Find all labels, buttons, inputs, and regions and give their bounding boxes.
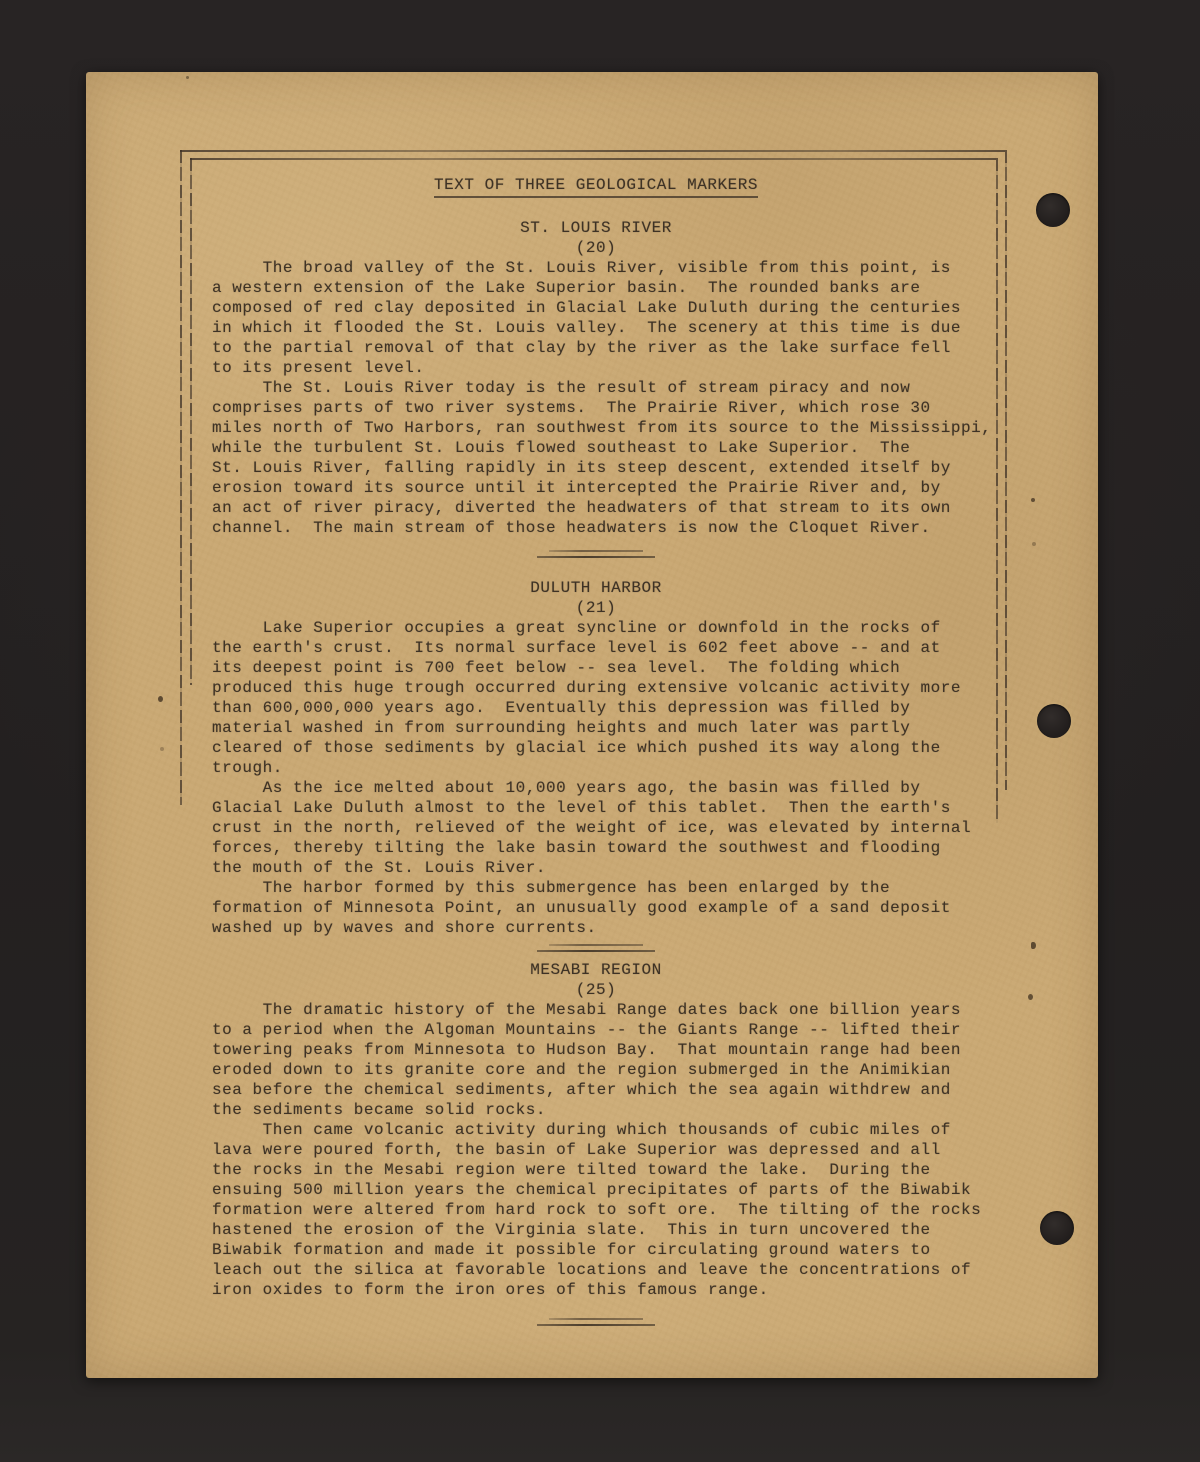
punch-hole-bottom xyxy=(1040,1211,1074,1245)
ink-speck xyxy=(1031,942,1036,949)
frame-border-right-outer xyxy=(1005,150,1007,790)
frame-border-top-inner xyxy=(190,158,996,160)
frame-border-left-inner xyxy=(190,158,192,685)
divider-rule-top xyxy=(549,944,643,946)
divider-rule-bottom xyxy=(537,1324,655,1326)
paragraph: The harbor formed by this submergence ha… xyxy=(212,878,980,938)
paragraph: Lake Superior occupies a great syncline … xyxy=(212,618,980,778)
ink-speck xyxy=(1031,498,1035,502)
paragraph: As the ice melted about 10,000 years ago… xyxy=(212,778,980,878)
paragraph: The St. Louis River today is the result … xyxy=(212,378,980,538)
divider-rule-top xyxy=(549,1318,643,1320)
ink-speck xyxy=(160,747,164,751)
paragraph: The dramatic history of the Mesabi Range… xyxy=(212,1000,980,1120)
frame-border-left-outer xyxy=(180,150,182,805)
document-page: TEXT OF THREE GEOLOGICAL MARKERS ST. LOU… xyxy=(86,72,1098,1378)
section-number-20: (20) xyxy=(212,238,980,258)
section-number-25: (25) xyxy=(212,980,980,1000)
divider-rule-bottom xyxy=(537,950,655,952)
page-title: TEXT OF THREE GEOLOGICAL MARKERS xyxy=(212,175,980,199)
paragraph: The broad valley of the St. Louis River,… xyxy=(212,258,980,378)
ink-speck xyxy=(186,76,189,79)
ink-speck xyxy=(1028,994,1033,1000)
punch-hole-middle xyxy=(1037,704,1071,738)
divider-rule-top xyxy=(549,550,643,552)
scan-background: TEXT OF THREE GEOLOGICAL MARKERS ST. LOU… xyxy=(0,0,1200,1462)
section-divider xyxy=(531,1318,661,1326)
ink-speck xyxy=(1032,542,1036,546)
section-divider xyxy=(531,944,661,952)
page-title-text: TEXT OF THREE GEOLOGICAL MARKERS xyxy=(434,176,758,198)
paragraph: Then came volcanic activity during which… xyxy=(212,1120,980,1300)
divider-rule-bottom xyxy=(537,556,655,558)
ink-speck xyxy=(158,696,163,702)
section-heading-mesabi-region: MESABI REGION xyxy=(212,960,980,980)
section-heading-duluth-harbor: DULUTH HARBOR xyxy=(212,578,980,598)
section-heading-st-louis-river: ST. LOUIS RIVER xyxy=(212,218,980,238)
section-number-21: (21) xyxy=(212,598,980,618)
punch-hole-top xyxy=(1036,193,1070,227)
section-divider xyxy=(531,550,661,558)
document-content: TEXT OF THREE GEOLOGICAL MARKERS ST. LOU… xyxy=(212,175,980,1326)
frame-border-top-outer xyxy=(180,150,1005,152)
frame-border-right-inner xyxy=(996,158,998,823)
